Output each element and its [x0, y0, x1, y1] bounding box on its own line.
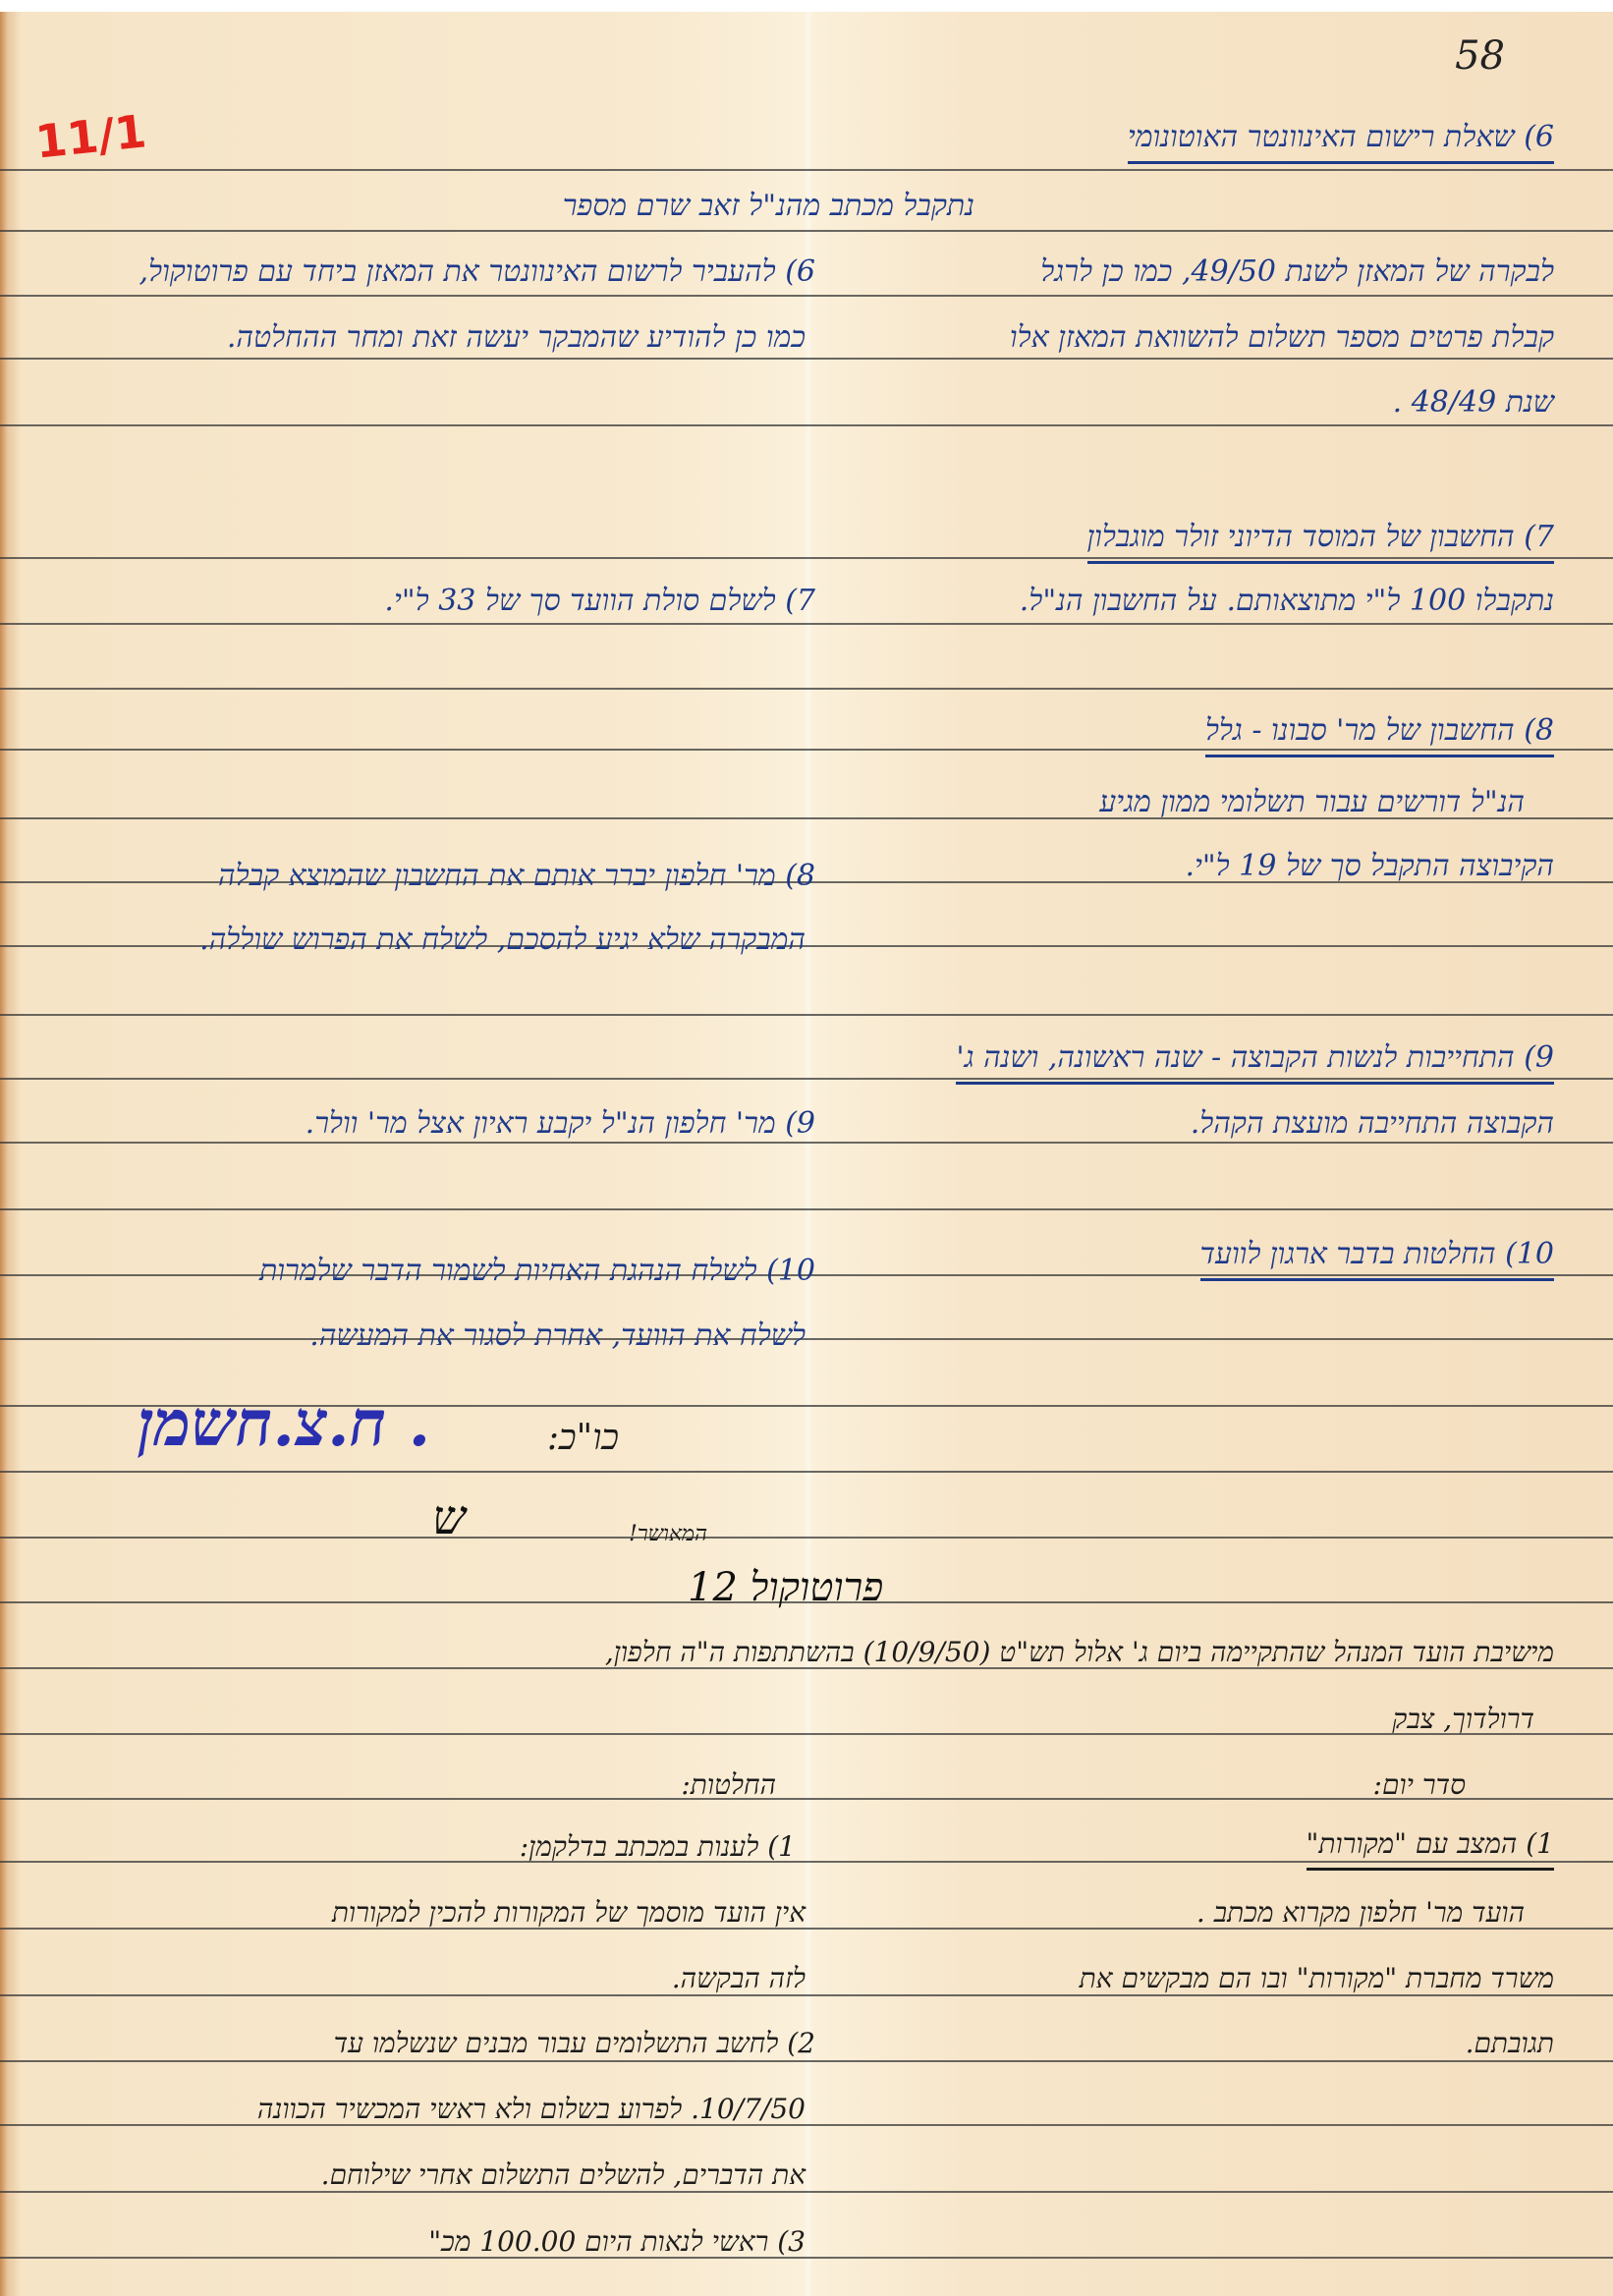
- item-8-heading: 8) החשבון של מר' סבונו - גלל: [1205, 711, 1554, 757]
- signature: ח.צ.חשמן .: [138, 1387, 430, 1461]
- ruled-line: [0, 230, 1613, 232]
- ruled-line: [0, 623, 1613, 625]
- ruled-line: [0, 1208, 1613, 1210]
- ruled-line: [0, 295, 1613, 297]
- item-10-heading: 10) החלטות בדבר ארגון לוועד: [1200, 1235, 1554, 1281]
- decision-6-line: 6) להעביר לרשום האינוונטר את המאזן ביחד …: [29, 252, 815, 292]
- p12-decision-2-line: 10/7/50. לפרוע בשלום ולא ראשי המכשיר הכו…: [29, 2090, 806, 2129]
- decision-8-line: 8) מר' חלפון יברר אותם את החשבון שהמוצא …: [29, 857, 815, 896]
- item-6-line: לבקרה של המאזן לשנת 49/50, כמו כן לרגל: [1040, 252, 1554, 292]
- approval-initials: ש: [432, 1490, 466, 1545]
- item-6-line: שנת 48/49 .: [1393, 383, 1554, 422]
- agenda-label: סדר יום:: [1373, 1765, 1466, 1805]
- p12-decision-3-line: 3) ראשי לנאות היום 100.00 מכ": [29, 2222, 806, 2262]
- decision-10-line: לשלח את הוועד, אחרת לסגור את המעשה.: [29, 1316, 806, 1356]
- protocol-intro: דרולדוך, צבק: [1392, 1700, 1534, 1739]
- decisions-label: החלטות:: [29, 1765, 776, 1805]
- p12-decision-1-line: לזה הבקשה.: [29, 1959, 806, 1998]
- decision-10-line: 10) לשלח הנהגת האחיות לשמור הדבר שלמרות: [29, 1252, 815, 1291]
- item-6-line: קבלת פרטים מספר תשלום להשוואת המאזן אלו: [1010, 318, 1554, 358]
- p12-item-1-line: הועד מר' חלפון מקרוא מכתב .: [1196, 1893, 1525, 1932]
- page-number: 58: [1455, 33, 1505, 79]
- p12-decision-1-heading: 1) לענות במכתב בדלקמן:: [29, 1827, 796, 1867]
- item-7-line: נתקבלו 100 ל"י מתוצאותם. על החשבון הנ"ל.: [1020, 582, 1554, 621]
- item-9-line: הקבוצה התחייבה מועצת הקהל.: [1191, 1104, 1554, 1144]
- p12-item-1-line: תגובתם.: [1466, 2024, 1554, 2063]
- ruled-line: [0, 688, 1613, 690]
- notebook-page: 58 11/1 6) שאלת רישום האינוונטר האוטונומ…: [0, 12, 1613, 2296]
- p12-item-1-heading: 1) המצב עם "מקורות": [1307, 1824, 1554, 1871]
- p12-item-1-line: משרד מחברת "מקורות" ובו הם מבקשים את: [1080, 1959, 1554, 1998]
- item-8-line: הקיבוצה התקבל סך של 19 ל"י.: [1185, 847, 1554, 886]
- ruled-line: [0, 169, 1613, 171]
- protocol-intro: מישיבת הועד המנהל שהתקיימה ביום ג' אלול …: [605, 1633, 1554, 1672]
- item-9-heading: 9) התחייבות לנשות הקבוצה - שנה ראשונה, ו…: [956, 1038, 1554, 1085]
- ruled-line: [0, 424, 1613, 426]
- p12-decision-2-line: 2) לחשב התשלומים עבור מבנים שנשלמו עד: [29, 2024, 815, 2063]
- item-7-heading: 7) החשבון של המוסד הדיוני זולר מוגבלון: [1087, 518, 1554, 564]
- protocol-title: פרוטוקול 12: [688, 1564, 883, 1610]
- ruled-line: [0, 1471, 1613, 1473]
- p12-decision-2-line: את הדברים, להשלים התשלום אחרי שילוחם.: [29, 2156, 806, 2195]
- decision-9-line: 9) מר' חלפון הנ"ל יקבע ראיון אצל מר' וול…: [29, 1104, 815, 1144]
- item-8-line: הנ"ל דורשים עבור תשלומי ממון מגיע: [1099, 783, 1525, 822]
- item-6-line: נתקבל מכתב מהנ"ל זאב שרם מספר: [563, 187, 974, 226]
- p12-decision-1-line: אין הועד מוסמך של המקורות להכין למקורות: [29, 1893, 806, 1932]
- decision-8-line: המבקרה שלא יגיע להסכם, לשלח את הפרוש שול…: [29, 921, 806, 960]
- ruled-line: [0, 1733, 1613, 1735]
- decision-6-line: כמו כן להודיע שהמבקר יעשה זאת ומחר ההחלט…: [29, 318, 806, 358]
- ruled-line: [0, 1014, 1613, 1016]
- archive-mark: 11/1: [32, 104, 148, 168]
- item-6-heading: 6) שאלת רישום האינוונטר האוטונומי: [1128, 118, 1554, 164]
- approval-label: המאושר!: [29, 1515, 707, 1554]
- decision-7-line: 7) לשלם סולת הוועד סך של 33 ל"י.: [29, 582, 815, 621]
- ruled-line: [0, 358, 1613, 360]
